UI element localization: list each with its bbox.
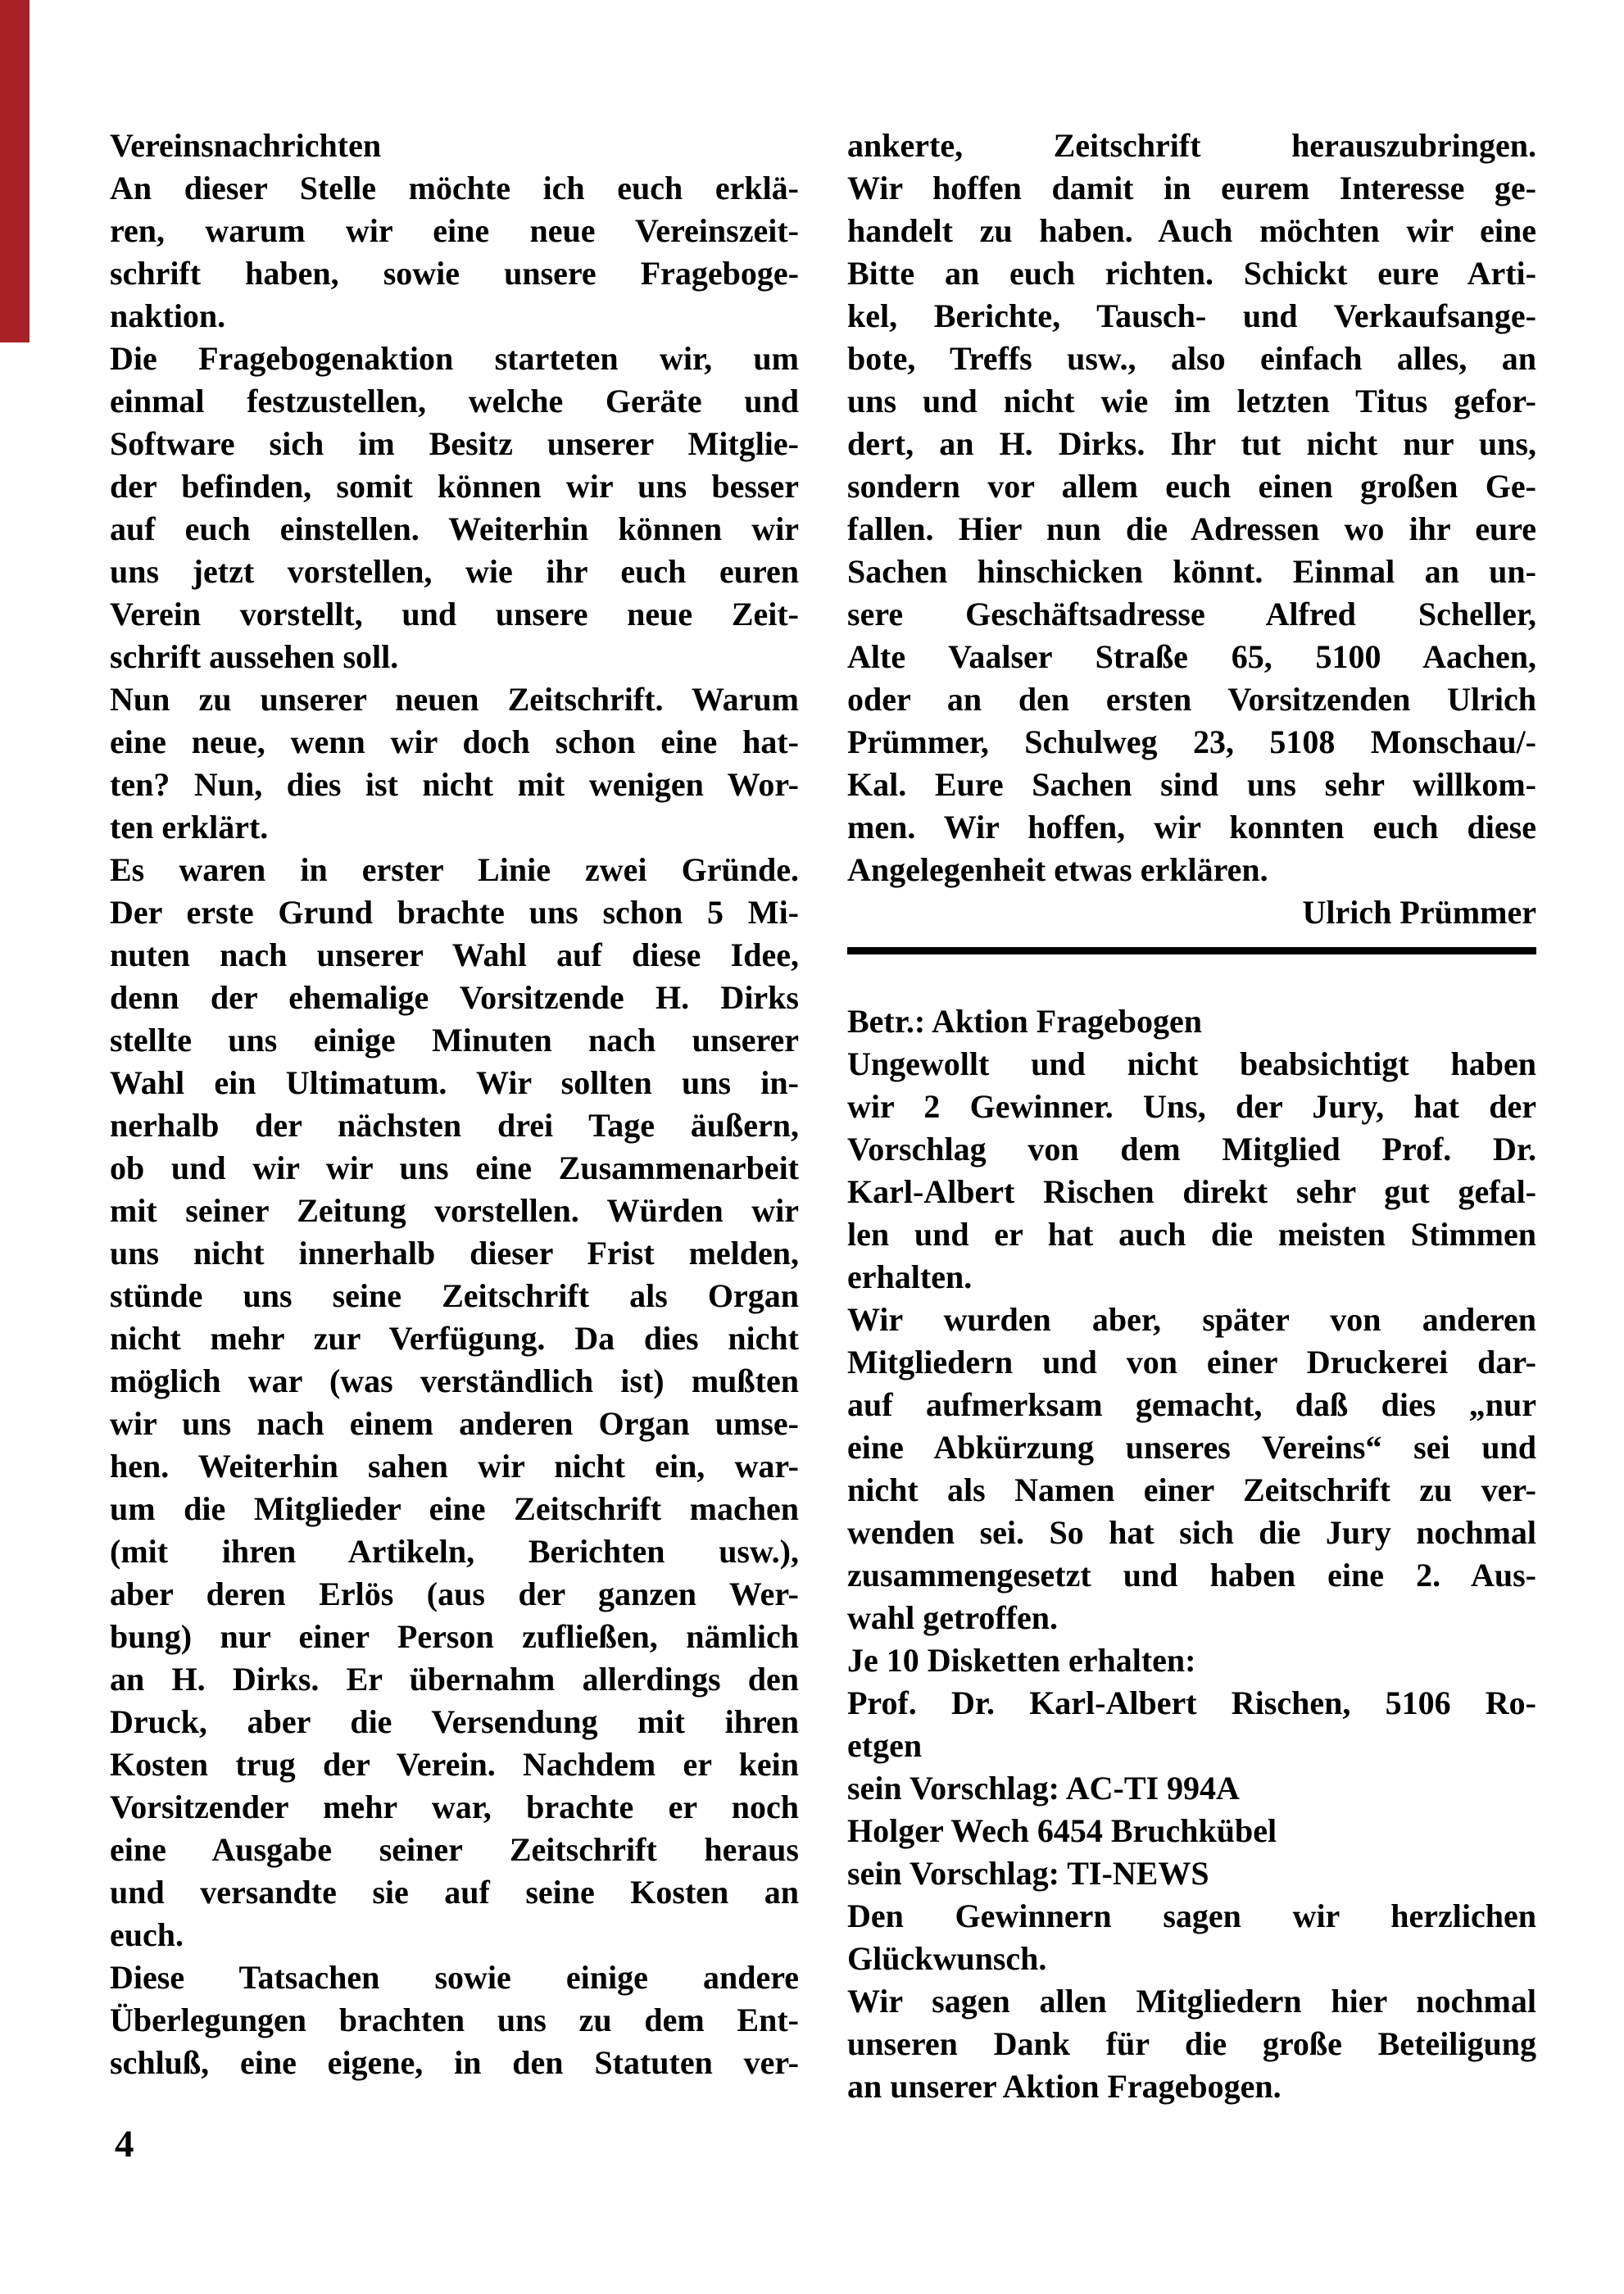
text-line: Sachen hinschicken könnt. Einmal an un- (847, 551, 1536, 593)
text-line: sere Geschäftsadresse Alfred Scheller, (847, 593, 1536, 636)
text-line: dert, an H. Dirks. Ihr tut nicht nur uns… (847, 423, 1536, 465)
text-line: schrift haben, sowie unsere Frageboge- (110, 252, 799, 295)
text-line: fallen. Hier nun die Adressen wo ihr eur… (847, 508, 1536, 551)
text-line: einmal festzustellen, welche Geräte und (110, 380, 799, 423)
text-line: Mitgliedern und von einer Druckerei dar- (847, 1341, 1536, 1384)
text-line: an H. Dirks. Er übernahm allerdings den (110, 1658, 799, 1701)
text-line: der befinden, somit können wir uns besse… (110, 465, 799, 508)
right-column-bottom-section: Betr.: Aktion FragebogenUngewollt und ni… (847, 1000, 1536, 2108)
text-line: zusammengesetzt und haben eine 2. Aus- (847, 1554, 1536, 1597)
text-line: Wahl ein Ultimatum. Wir sollten uns in- (110, 1062, 799, 1104)
section-divider (847, 947, 1536, 954)
text-line: wenden sei. So hat sich die Jury nochmal (847, 1512, 1536, 1554)
text-line: aber deren Erlös (aus der ganzen Wer- (110, 1573, 799, 1616)
text-line: hen. Weiterhin sahen wir nicht ein, war- (110, 1445, 799, 1488)
text-line: Wir hoffen damit in eurem Interesse ge- (847, 167, 1536, 210)
text-line: Alte Vaalser Straße 65, 5100 Aachen, (847, 636, 1536, 678)
text-line: kel, Berichte, Tausch- und Verkaufsange- (847, 295, 1536, 338)
text-line: nicht mehr zur Verfügung. Da dies nicht (110, 1317, 799, 1360)
text-line: sondern vor allem euch einen großen Ge- (847, 465, 1536, 508)
text-line: wir uns nach einem anderen Organ umse- (110, 1403, 799, 1445)
text-line: Vereinsnachrichten (110, 125, 799, 167)
text-line: Der erste Grund brachte uns schon 5 Mi- (110, 891, 799, 934)
text-line: uns und nicht wie im letzten Titus gefor… (847, 380, 1536, 423)
text-line: An dieser Stelle möchte ich euch erklä- (110, 167, 799, 210)
text-line: eine Abkürzung unseres Vereins“ sei und (847, 1426, 1536, 1469)
text-line: erhalten. (847, 1256, 1536, 1299)
text-line: möglich war (was verständlich ist) mußte… (110, 1360, 799, 1403)
text-line: len und er hat auch die meisten Stimmen (847, 1213, 1536, 1256)
text-line: ren, warum wir eine neue Vereinszeit- (110, 210, 799, 252)
text-line: (mit ihren Artikeln, Berichten usw.), (110, 1530, 799, 1573)
text-line: Bitte an euch richten. Schickt eure Arti… (847, 252, 1536, 295)
text-line: Verein vorstellt, und unsere neue Zeit- (110, 593, 799, 636)
text-line: Kosten trug der Verein. Nachdem er kein (110, 1743, 799, 1786)
text-line: Software sich im Besitz unserer Mitglie- (110, 423, 799, 465)
red-margin-bar (0, 0, 29, 342)
text-line: bung) nur einer Person zufließen, nämlic… (110, 1616, 799, 1658)
text-line: Angelegenheit etwas erklären. (847, 849, 1536, 891)
text-line: sein Vorschlag: AC-TI 994A (847, 1767, 1536, 1810)
text-line: Nun zu unserer neuen Zeitschrift. Warum (110, 678, 799, 721)
right-column: ankerte, Zeitschrift herauszubringen.Wir… (847, 125, 1536, 2108)
text-line: an unserer Aktion Fragebogen. (847, 2065, 1536, 2108)
text-line: Die Fragebogenaktion starteten wir, um (110, 338, 799, 380)
text-line: und versandte sie auf seine Kosten an (110, 1871, 799, 1914)
left-column: VereinsnachrichtenAn dieser Stelle möcht… (110, 125, 799, 2084)
text-line: Glückwunsch. (847, 1938, 1536, 1980)
text-line: unseren Dank für die große Beteiligung (847, 2023, 1536, 2065)
text-line: Es waren in erster Linie zwei Gründe. (110, 849, 799, 891)
text-line: stellte uns einige Minuten nach unserer (110, 1019, 799, 1062)
text-line: nerhalb der nächsten drei Tage äußern, (110, 1104, 799, 1147)
text-line: wir 2 Gewinner. Uns, der Jury, hat der (847, 1086, 1536, 1128)
text-line: eine Ausgabe seiner Zeitschrift heraus (110, 1829, 799, 1871)
text-line: auf aufmerksam gemacht, daß dies „nur (847, 1384, 1536, 1426)
text-line: uns nicht innerhalb dieser Frist melden, (110, 1232, 799, 1275)
text-line: ten? Nun, dies ist nicht mit wenigen Wor… (110, 764, 799, 806)
text-line: naktion. (110, 295, 799, 338)
text-line: Ulrich Prümmer (847, 891, 1536, 934)
text-line: Vorschlag von dem Mitglied Prof. Dr. (847, 1128, 1536, 1171)
text-line: bote, Treffs usw., also einfach alles, a… (847, 338, 1536, 380)
scanned-newsletter-page: VereinsnachrichtenAn dieser Stelle möcht… (0, 0, 1624, 2294)
text-line: eine neue, wenn wir doch schon eine hat- (110, 721, 799, 764)
text-line: Druck, aber die Versendung mit ihren (110, 1701, 799, 1743)
text-line: ten erklärt. (110, 806, 799, 849)
text-line: um die Mitglieder eine Zeitschrift mache… (110, 1488, 799, 1530)
text-line: schluß, eine eigene, in den Statuten ver… (110, 2042, 799, 2084)
right-column-top-section: ankerte, Zeitschrift herauszubringen.Wir… (847, 125, 1536, 934)
text-line: men. Wir hoffen, wir konnten euch diese (847, 806, 1536, 849)
text-line: euch. (110, 1914, 799, 1956)
text-line: Vorsitzender mehr war, brachte er noch (110, 1786, 799, 1829)
text-line: handelt zu haben. Auch möchten wir eine (847, 210, 1536, 252)
text-line: denn der ehemalige Vorsitzende H. Dirks (110, 977, 799, 1019)
text-line: Diese Tatsachen sowie einige andere (110, 1956, 799, 1999)
text-line: Holger Wech 6454 Bruchkübel (847, 1810, 1536, 1852)
text-line: Kal. Eure Sachen sind uns sehr willkom- (847, 764, 1536, 806)
text-line: nicht als Namen einer Zeitschrift zu ver… (847, 1469, 1536, 1512)
text-line: etgen (847, 1725, 1536, 1767)
text-line: ob und wir wir uns eine Zusammenarbeit (110, 1147, 799, 1190)
text-line: Prof. Dr. Karl-Albert Rischen, 5106 Ro- (847, 1682, 1536, 1725)
text-line: Wir sagen allen Mitgliedern hier nochmal (847, 1980, 1536, 2023)
text-line: Karl-Albert Rischen direkt sehr gut gefa… (847, 1171, 1536, 1213)
text-line: uns jetzt vorstellen, wie ihr euch euren (110, 551, 799, 593)
text-line: Je 10 Disketten erhalten: (847, 1639, 1536, 1682)
text-line: ankerte, Zeitschrift herauszubringen. (847, 125, 1536, 167)
text-line: nuten nach unserer Wahl auf diese Idee, (110, 934, 799, 977)
text-line: auf euch einstellen. Weiterhin können wi… (110, 508, 799, 551)
text-line: Ungewollt und nicht beabsichtigt haben (847, 1043, 1536, 1086)
text-line: mit seiner Zeitung vorstellen. Würden wi… (110, 1190, 799, 1232)
text-line: schrift aussehen soll. (110, 636, 799, 678)
text-line: sein Vorschlag: TI-NEWS (847, 1852, 1536, 1895)
text-line: oder an den ersten Vorsitzenden Ulrich (847, 678, 1536, 721)
text-line: Wir wurden aber, später von anderen (847, 1299, 1536, 1341)
text-line: wahl getroffen. (847, 1597, 1536, 1639)
text-line: Den Gewinnern sagen wir herzlichen (847, 1895, 1536, 1938)
text-line: Überlegungen brachten uns zu dem Ent- (110, 1999, 799, 2042)
page-number: 4 (115, 2125, 134, 2164)
text-line: Prümmer, Schulweg 23, 5108 Monschau/- (847, 721, 1536, 764)
text-line: Betr.: Aktion Fragebogen (847, 1000, 1536, 1043)
text-line: stünde uns seine Zeitschrift als Organ (110, 1275, 799, 1317)
